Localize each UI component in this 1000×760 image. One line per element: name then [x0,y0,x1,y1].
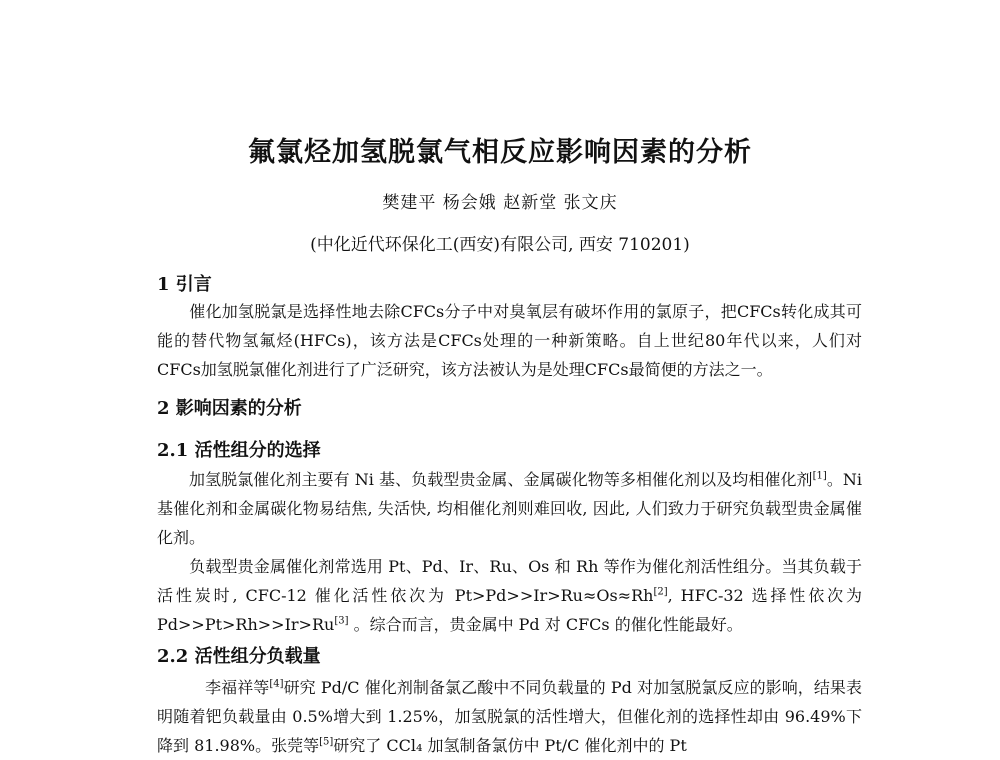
paragraph-text: 李福祥等 [205,678,269,697]
affiliation: (中化近代环保化工(西安)有限公司, 西安 710201) [0,230,1000,255]
subsection-heading-loading: 2.2 活性组分负载量 [157,642,321,668]
citation: [5] [319,737,333,748]
paragraph-text: 。综合而言，贵金属中 Pd 对 CFCs 的催化性能最好。 [348,615,742,634]
citation: [1] [813,471,827,482]
authors: 樊建平 杨会娥 赵新堂 张文庆 [0,188,1000,213]
active-component-paragraph-2: 负载型贵金属催化剂常选用 Pt、Pd、Ir、Ru、Os 和 Rh 等作为催化剂活… [157,552,862,639]
citation: [2] [653,587,667,598]
section-heading-factors: 2 影响因素的分析 [157,394,302,420]
loading-paragraph: 李福祥等[4]研究 Pd/C 催化剂制备氯乙酸中不同负载量的 Pd 对加氢脱氯反… [157,673,862,760]
paragraph-text: 研究了 CCl₄ 加氢制备氯仿中 Pt/C 催化剂中的 Pt [333,736,686,755]
paper-title: 氟氯烃加氢脱氯气相反应影响因素的分析 [0,130,1000,169]
intro-paragraph: 催化加氢脱氯是选择性地去除CFCs分子中对臭氧层有破坏作用的氯原子，把CFCs转… [157,297,862,384]
active-component-paragraph-1: 加氢脱氯催化剂主要有 Ni 基、负载型贵金属、金属碳化物等多相催化剂以及均相催化… [157,465,862,552]
intro-text: 催化加氢脱氯是选择性地去除CFCs分子中对臭氧层有破坏作用的氯原子，把CFCs转… [157,302,862,379]
paragraph-text: 加氢脱氯催化剂主要有 Ni 基、负载型贵金属、金属碳化物等多相催化剂以及均相催化… [189,470,813,489]
citation: [4] [269,679,283,690]
citation: [3] [334,616,348,627]
subsection-heading-active-component: 2.1 活性组分的选择 [157,436,321,462]
section-heading-intro: 1 引言 [157,270,212,296]
